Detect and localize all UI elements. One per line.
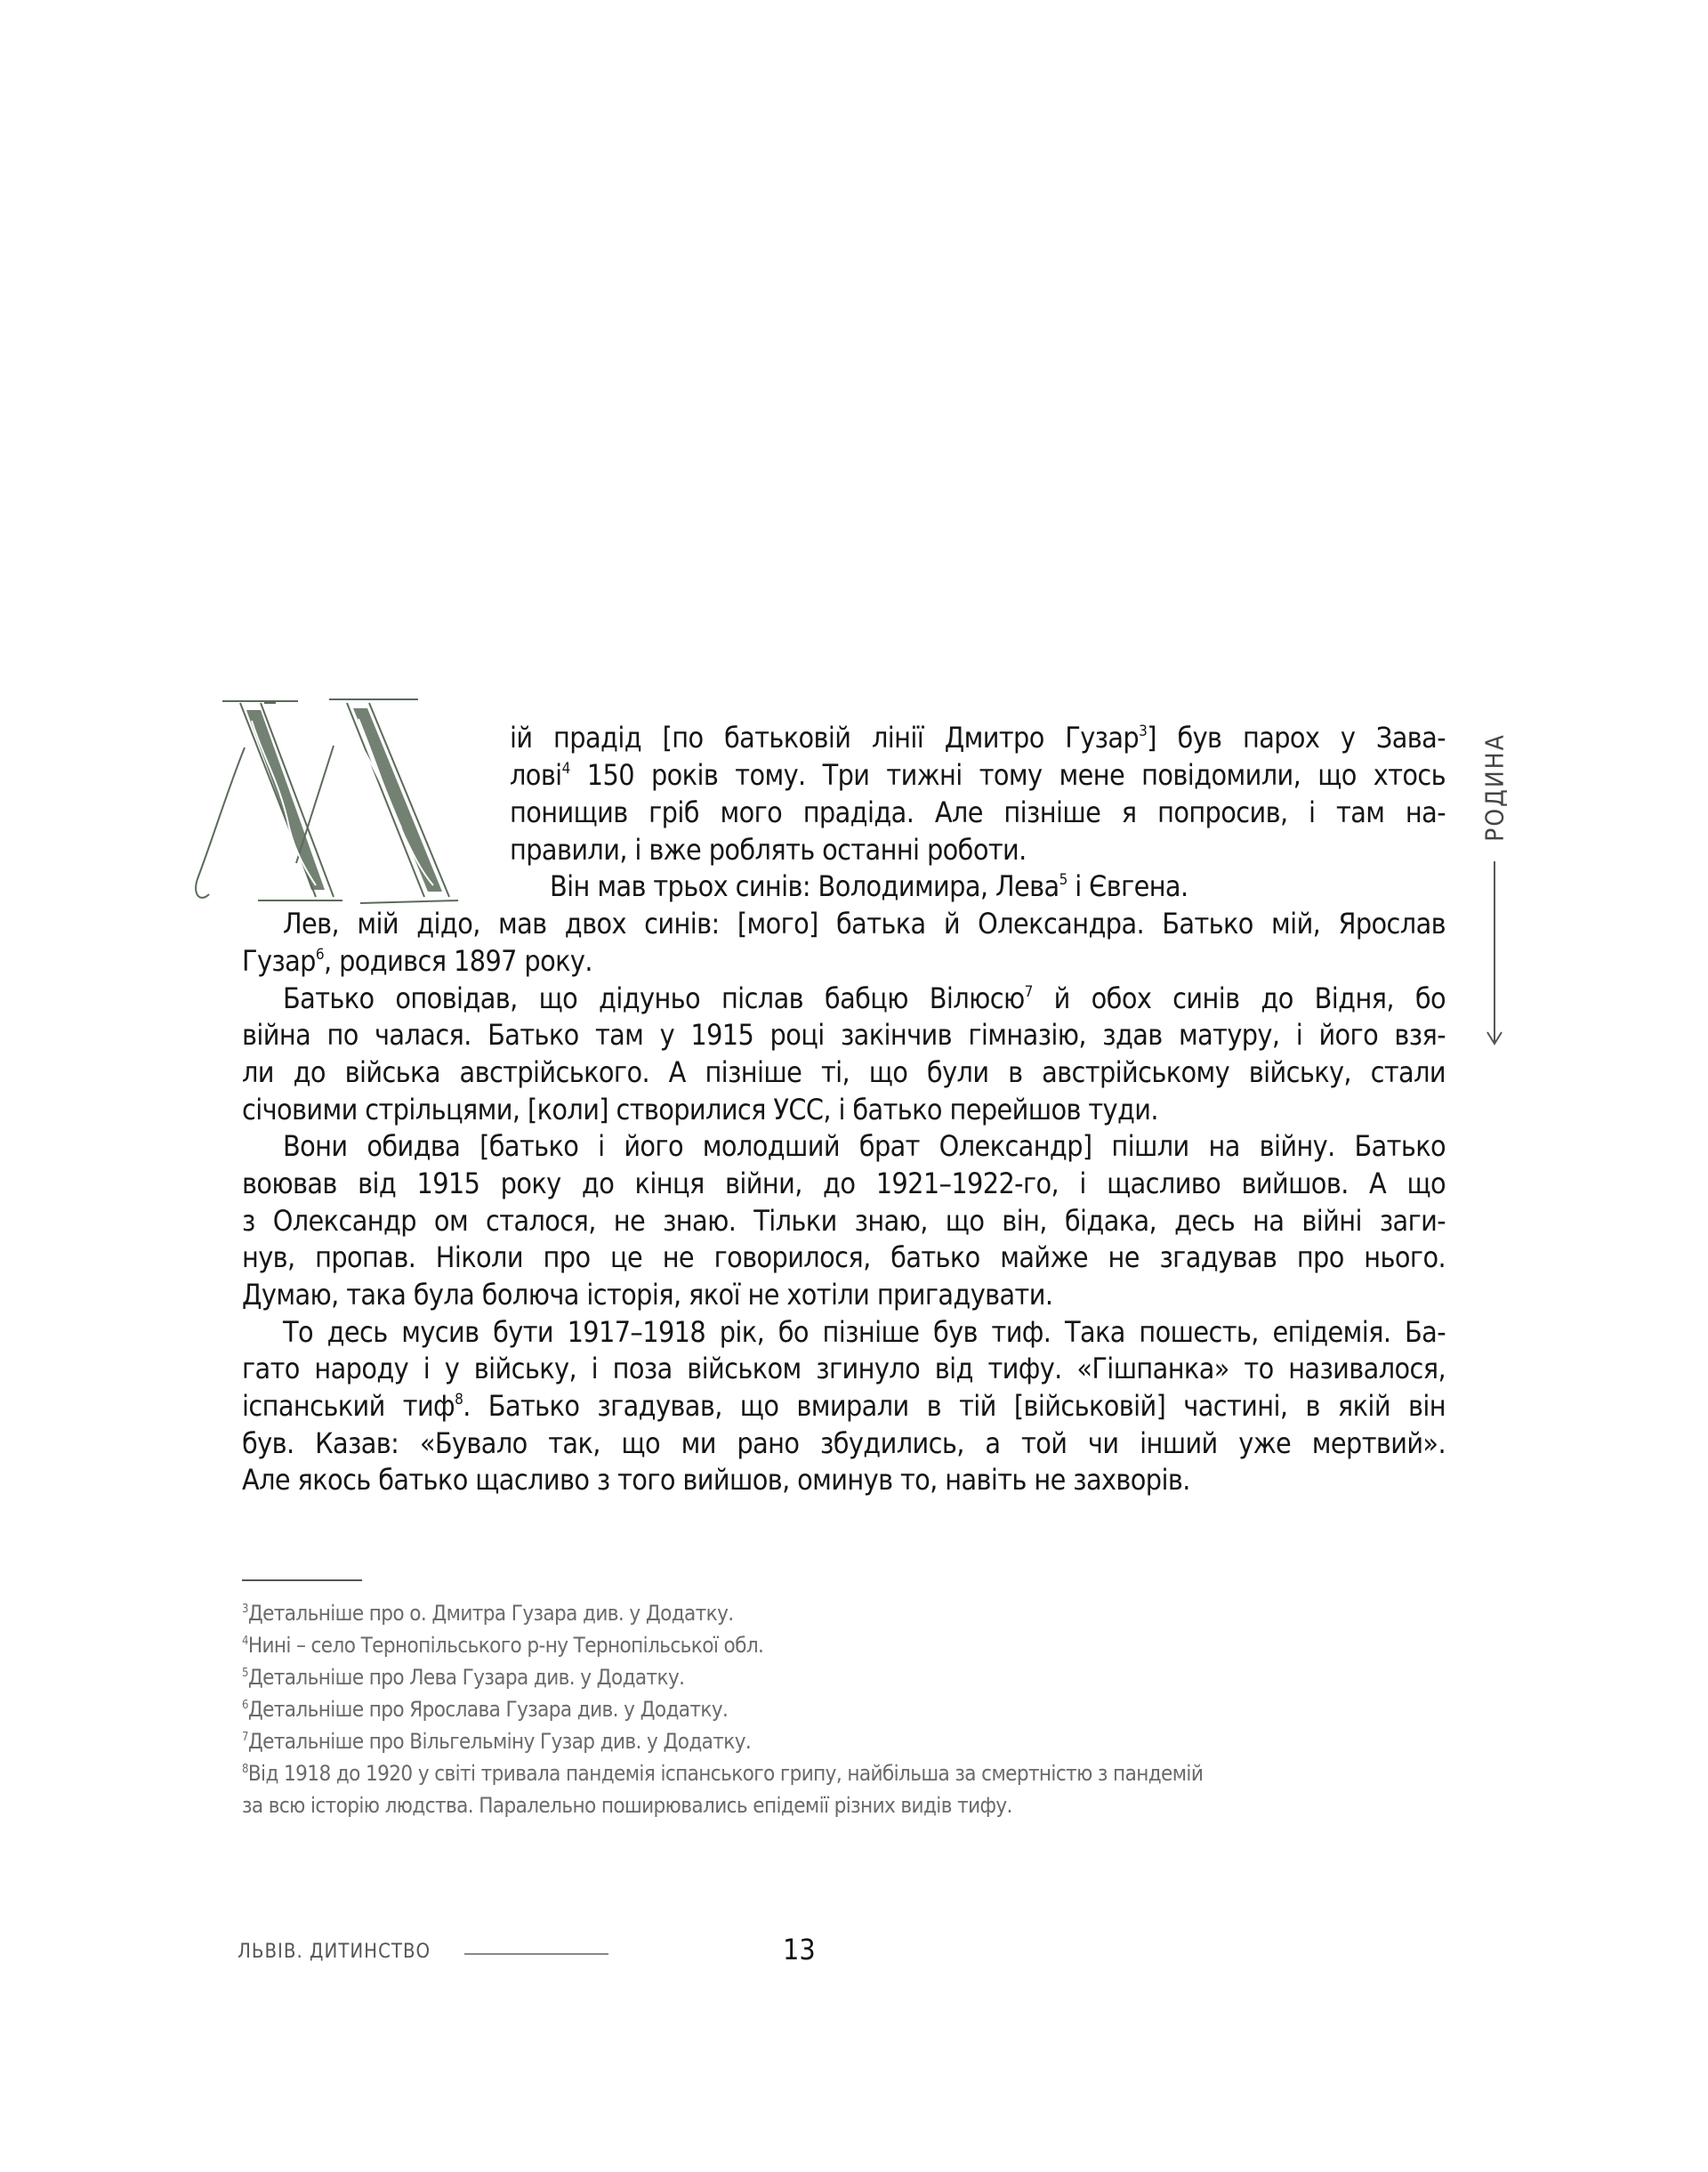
section-side-tab[interactable]: РОДИНА — [1477, 721, 1512, 1046]
footer-rule — [464, 1953, 608, 1955]
page-number: 13 — [783, 1933, 816, 1966]
body-line: війна по чалася. Батько там у 1915 році … — [242, 1016, 1446, 1054]
text: ли до війська австрійського. А пізніше т… — [242, 1055, 1446, 1089]
body-line: Лев, мій дідо, мав двох синів: [мого] ба… — [283, 905, 1446, 942]
footnote-item: 5Детальніше про Лева Гузара див. у Додат… — [242, 1661, 684, 1693]
text: То десь мусив бути 1917–1918 рік, бо піз… — [283, 1315, 1446, 1349]
text: й обох синів до Відня, бо — [1033, 981, 1446, 1015]
body-line: Він мав трьох синів: Володимира, Лева5 і… — [550, 868, 1188, 905]
running-footer-section: ЛЬВІВ. ДИТИНСТВО — [238, 1941, 431, 1963]
body-line: Вони обидва [батько і його молодший брат… — [283, 1127, 1446, 1165]
body-line: з Олександр ом сталося, не знаю. Тільки … — [242, 1202, 1446, 1239]
body-line: Думаю, така була болюча історія, якої не… — [242, 1276, 1052, 1313]
text: Але якось батько щасливо з того вийшов, … — [242, 1463, 1190, 1497]
body-line: гато народу і у війську, і поза військом… — [242, 1350, 1446, 1387]
body-line: То десь мусив бути 1917–1918 рік, бо піз… — [283, 1313, 1446, 1351]
footnote-item: 4Нині – село Тернопільського р-ну Терноп… — [242, 1629, 763, 1661]
text: ій прадід [по батьковій лінії Дмитро Гуз… — [510, 721, 1139, 755]
footnote-ref[interactable]: 6 — [316, 946, 324, 964]
section-side-label: РОДИНА — [1477, 721, 1512, 854]
body-line: ли до війська австрійського. А пізніше т… — [242, 1054, 1446, 1091]
text: і Євгена. — [1067, 869, 1188, 903]
footnote-item: 8Від 1918 до 1920 у світі тривала пандем… — [242, 1757, 1203, 1789]
text: гато народу і у війську, і поза військом… — [242, 1352, 1446, 1385]
text: правили, і вже роблять останні роботи. — [510, 833, 1027, 867]
text: іспанський тиф — [242, 1389, 455, 1423]
body-line: ій прадід [по батьковій лінії Дмитро Гуз… — [510, 719, 1446, 756]
footnote-divider — [242, 1579, 362, 1581]
body-line: січовими стрільцями, [коли] створилися У… — [242, 1091, 1158, 1128]
footnote-item-continued: за всю історію людства. Паралельно пошир… — [242, 1789, 1012, 1821]
text: лові — [510, 758, 562, 792]
body-line: іспанський тиф8. Батько згадував, що вми… — [242, 1387, 1446, 1425]
text: ] був парох у Зава- — [1147, 721, 1446, 755]
footnote-ref[interactable]: 3 — [1139, 723, 1147, 740]
text: Лев, мій дідо, мав двох синів: [мого] ба… — [283, 907, 1446, 941]
text: Батько оповідав, що дідуньо післав бабцю… — [283, 981, 1025, 1015]
text: був. Казав: «Бувало так, що ми рано збуд… — [242, 1426, 1446, 1460]
book-page: ій прадід [по батьковій лінії Дмитро Гуз… — [0, 0, 1708, 2172]
body-line: Але якось батько щасливо з того вийшов, … — [242, 1461, 1190, 1498]
text: воював від 1915 року до кінця війни, до … — [242, 1167, 1446, 1200]
body-line: Гузар6, родився 1897 року. — [242, 942, 592, 980]
footnote-ref[interactable]: 8 — [455, 1391, 463, 1409]
text: війна по чалася. Батько там у 1915 році … — [242, 1018, 1446, 1052]
text: Вони обидва [батько і його молодший брат… — [283, 1129, 1446, 1163]
text: з Олександр ом сталося, не знаю. Тільки … — [242, 1204, 1446, 1238]
body-line: Батько оповідав, що дідуньо післав бабцю… — [283, 980, 1446, 1017]
text: Гузар — [242, 944, 316, 978]
footnote-ref[interactable]: 5 — [1059, 871, 1067, 889]
text: , родився 1897 року. — [324, 944, 592, 978]
text: Він мав трьох синів: Володимира, Лева — [550, 869, 1059, 903]
dropcap-m-ornament-icon — [191, 694, 498, 912]
footnote-ref[interactable]: 7 — [1025, 983, 1033, 1001]
text: понищив гріб мого прадіда. Але пізніше я… — [510, 795, 1446, 829]
body-line: правили, і вже роблять останні роботи. — [510, 831, 1027, 868]
text: 150 років тому. Три тижні тому мене пові… — [570, 758, 1446, 792]
body-line: понищив гріб мого прадіда. Але пізніше я… — [510, 794, 1446, 831]
text: Думаю, така була болюча історія, якої не… — [242, 1278, 1052, 1312]
footnote-ref[interactable]: 4 — [562, 760, 570, 778]
body-line: лові4 150 років тому. Три тижні тому мен… — [510, 756, 1446, 794]
footnote-item: 3Детальніше про о. Дмитра Гузара див. у … — [242, 1597, 734, 1629]
footnote-item: 7Детальніше про Вільгельміну Гузар див. … — [242, 1725, 751, 1757]
body-line: нув, пропав. Ніколи про це не говорилося… — [242, 1239, 1446, 1276]
text: . Батько згадував, що вмирали в тій [вій… — [463, 1389, 1446, 1423]
body-line: був. Казав: «Бувало так, що ми рано збуд… — [242, 1425, 1446, 1462]
text: січовими стрільцями, [коли] створилися У… — [242, 1093, 1158, 1126]
body-line: воював від 1915 року до кінця війни, до … — [242, 1165, 1446, 1202]
text: нув, пропав. Ніколи про це не говорилося… — [242, 1240, 1446, 1274]
down-arrow-icon — [1484, 861, 1505, 1048]
footnote-item: 6Детальніше про Ярослава Гузара див. у Д… — [242, 1693, 728, 1725]
